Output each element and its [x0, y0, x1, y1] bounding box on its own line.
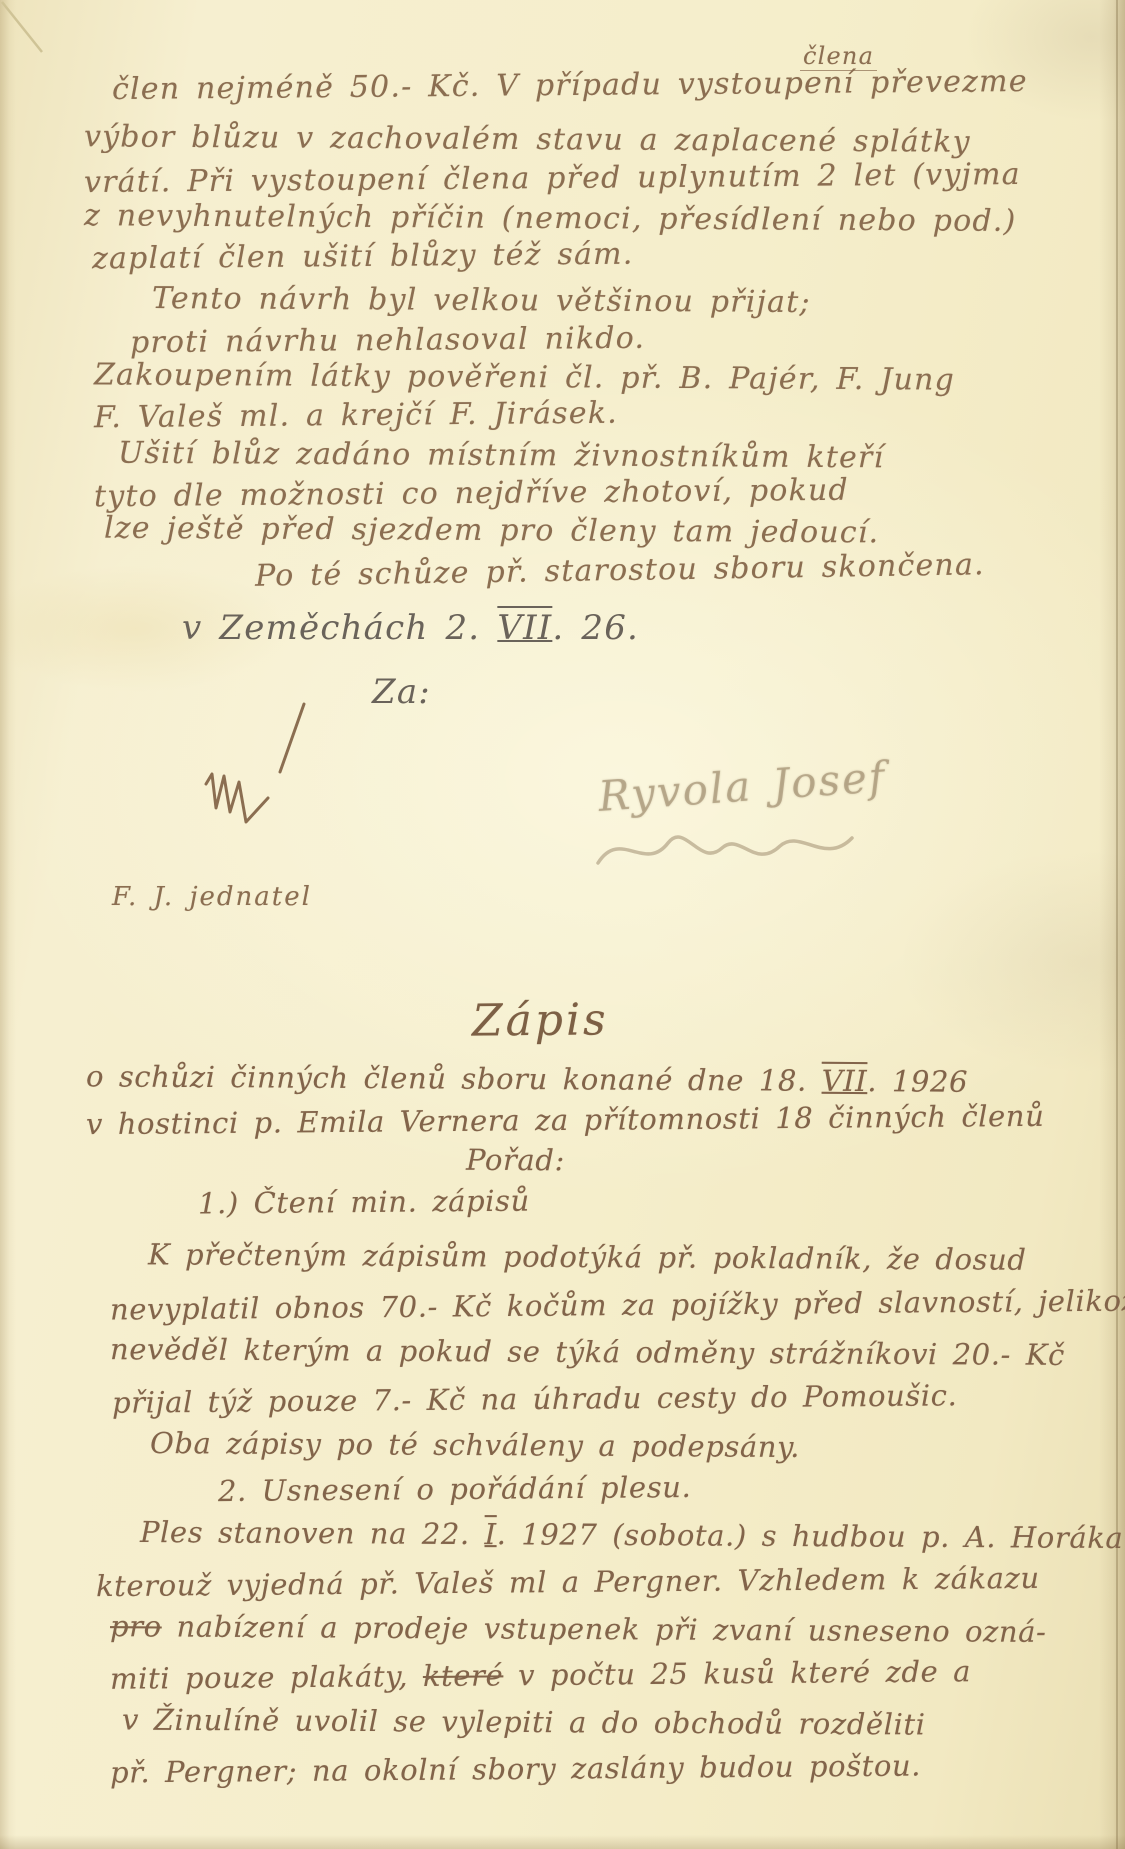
- section-title: Zápis: [472, 994, 609, 1046]
- handwritten-line: př. Pergner; na okolní sbory zaslány bud…: [110, 1748, 921, 1789]
- za-label: Za:: [372, 672, 431, 712]
- handwritten-line-with-correction: miti pouze plakáty, které v počtu 25 kus…: [110, 1654, 971, 1696]
- minutes-subtitle2: v hostinci p. Emila Vernera za přítomnos…: [86, 1099, 1045, 1141]
- agenda-item-2: 2. Usnesení o pořádání plesu.: [218, 1470, 692, 1508]
- handwritten-line: zaplatí člen ušití blůzy též sám.: [92, 237, 634, 277]
- struck-word: pro: [110, 1609, 162, 1643]
- line-rest: v počtu 25 kusů které zde a: [503, 1654, 971, 1692]
- line-rest: nabízení a prodeje vstupenek při zvaní u…: [162, 1609, 1047, 1648]
- signature-zigzag-mark: [192, 770, 322, 840]
- handwritten-line: proti návrhu nehlasoval nikdo.: [130, 321, 645, 360]
- handwritten-line: lze ještě před sjezdem pro členy tam jed…: [104, 511, 880, 551]
- minutes-subtitle: o schůzi činných členů sboru konané dne …: [86, 1059, 968, 1098]
- inserted-word: člena: [800, 42, 877, 71]
- ball-date-pre: Ples stanoven na 22.: [140, 1515, 485, 1551]
- handwritten-line: výbor blůzu v zachovalém stavu a zaplace…: [84, 119, 971, 159]
- line-pre: miti pouze plakáty,: [110, 1659, 423, 1696]
- signature-name: Ryvola Josef: [597, 752, 888, 821]
- secretary-label: F. J. jednatel: [112, 882, 312, 912]
- corner-fold-mark: [0, 0, 60, 70]
- agenda-label: Pořad:: [466, 1143, 565, 1178]
- ball-date-roman: I: [484, 1517, 496, 1551]
- date-roman-numeral: VII: [497, 608, 552, 648]
- struck-word: které: [423, 1658, 504, 1693]
- date-line: v Zeměchách 2. VII. 26.: [182, 608, 639, 648]
- subtitle-post: . 1926: [867, 1064, 968, 1099]
- handwritten-line: kterouž vyjedná př. Valeš ml a Pergner. …: [96, 1561, 1040, 1603]
- handwritten-line: z nevyhnutelných příčin (nemoci, přesídl…: [84, 198, 1017, 239]
- handwritten-line: F. Valeš ml. a krejčí F. Jirásek.: [94, 396, 618, 436]
- handwritten-line-with-correction: pro nabízení a prodeje vstupenek při zva…: [110, 1609, 1047, 1649]
- date-pre: v Zeměchách 2.: [182, 608, 497, 648]
- handwritten-line: Tento návrh byl velkou většinou přijat;: [152, 281, 811, 320]
- paper-edge-right: [1099, 0, 1125, 1849]
- handwritten-line: nevěděl kterým a pokud se týká odměny st…: [110, 1332, 1065, 1372]
- handwritten-line: Oba zápisy po té schváleny a podepsány.: [150, 1426, 800, 1464]
- paper-edge-bottom: [0, 1835, 1125, 1849]
- subtitle-pre: o schůzi činných členů sboru konané dne …: [86, 1059, 822, 1097]
- handwritten-line: K přečteným zápisům podotýká př. pokladn…: [148, 1237, 1027, 1276]
- signature-slash-mark: [262, 700, 322, 780]
- date-post: . 26.: [552, 608, 639, 648]
- handwritten-line: Ušití blůz zadáno místním živnostníkům k…: [118, 436, 885, 476]
- handwritten-line: vrátí. Při vystoupení člena před uplynut…: [84, 157, 1021, 200]
- handwritten-line: Ples stanoven na 22. I. 1927 (sobota.) s…: [140, 1515, 1124, 1555]
- handwritten-line: přijal týž pouze 7.- Kč na úhradu cesty …: [112, 1378, 958, 1419]
- paper-edge-line: [1116, 0, 1118, 1849]
- signature-flourish: [590, 818, 860, 878]
- handwritten-line: Zakoupením látky pověřeni čl. př. B. Paj…: [94, 357, 955, 397]
- handwritten-line: nevyplatil obnos 70.- Kč kočům za pojížk…: [110, 1284, 1125, 1327]
- agenda-item-1: 1.) Čtení min. zápisů: [198, 1184, 530, 1221]
- paper-edge-left: [0, 0, 16, 1849]
- subtitle-roman-numeral: VII: [822, 1064, 868, 1098]
- handwritten-line: v Žinulíně uvolil se vylepiti a do obcho…: [122, 1703, 926, 1742]
- handwritten-line: tyto dle možnosti co nejdříve zhotoví, p…: [94, 473, 849, 515]
- handwritten-line: člen nejméně 50.- Kč. V případu vystoupe…: [112, 64, 1028, 107]
- ball-date-post: . 1927 (sobota.) s hudbou p. A. Horáka: [497, 1517, 1124, 1555]
- manuscript-page: člen nejméně 50.- Kč. V případu vystoupe…: [0, 0, 1125, 1849]
- closing-line: Po té schůze př. starostou sboru skončen…: [255, 547, 985, 593]
